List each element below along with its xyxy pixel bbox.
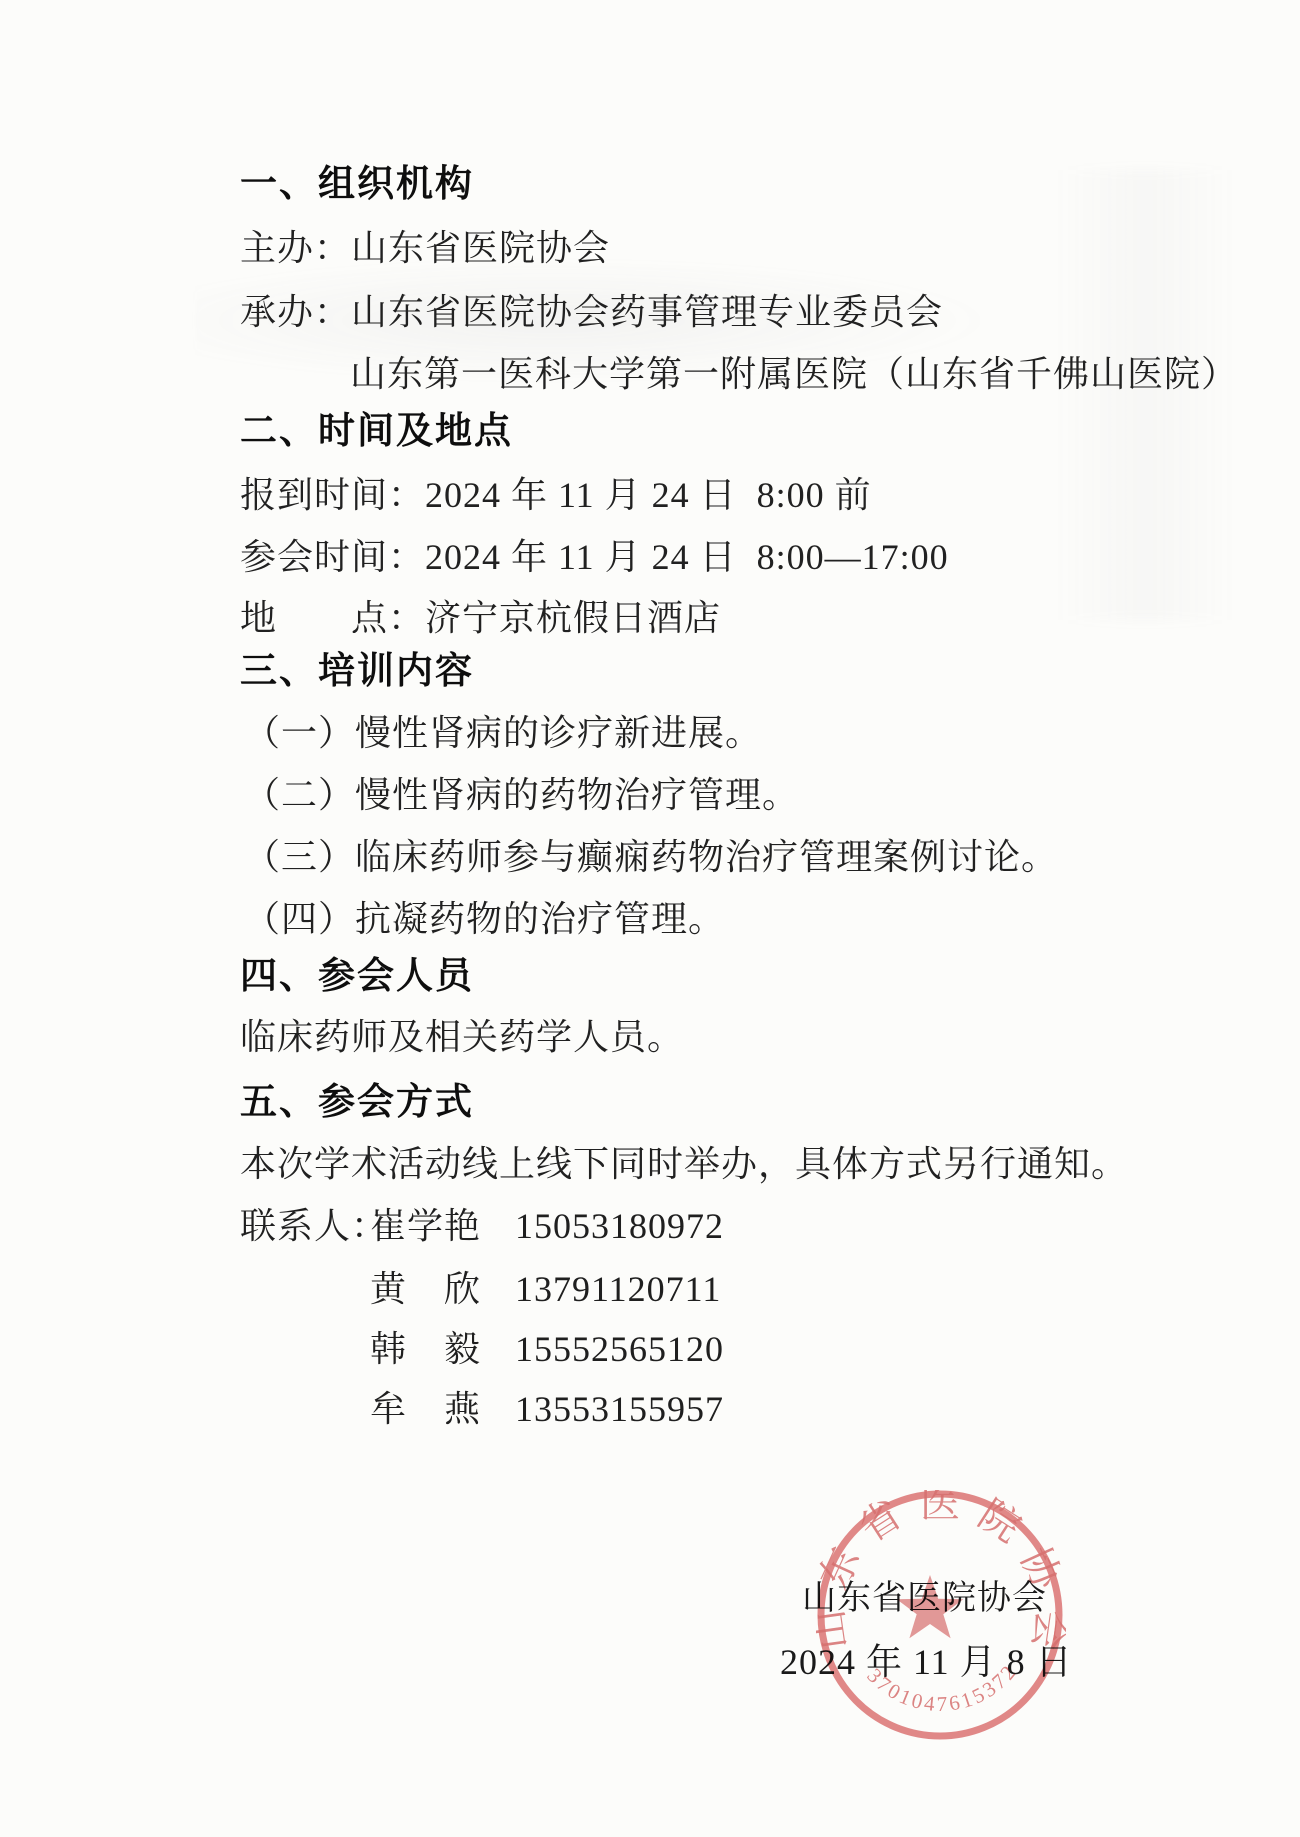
training-item-4: （四）抗凝药物的治疗管理。 xyxy=(244,897,725,941)
training-item-3: （三）临床药师参与癫痫药物治疗管理案例讨论。 xyxy=(244,835,1058,879)
contact-phone: 13791120711 xyxy=(515,1267,721,1311)
method-line: 本次学术活动线上线下同时举办，具体方式另行通知。 xyxy=(240,1142,1128,1186)
contact-name: 韩 毅 xyxy=(370,1327,481,1371)
contact-label: 联系人： xyxy=(240,1204,388,1248)
section2-heading: 二、时间及地点 xyxy=(240,410,513,452)
checkin-time-line: 报到时间：2024 年 11 月 24 日 8:00 前 xyxy=(240,473,872,517)
organizer-line: 承办：山东省医院协会药事管理专业委员会 xyxy=(240,290,943,334)
star-icon xyxy=(897,1575,964,1638)
contact-name: 黄 欣 xyxy=(370,1267,481,1311)
venue-line: 地 点：济宁京杭假日酒店 xyxy=(240,596,721,640)
section3-heading: 三、培训内容 xyxy=(240,650,474,692)
contact-phone: 13553155957 xyxy=(515,1387,724,1431)
meeting-time-line: 参会时间：2024 年 11 月 24 日 8:00—17:00 xyxy=(240,535,949,579)
attendees-line: 临床药师及相关药学人员。 xyxy=(240,1015,684,1059)
contact-name: 崔学艳 xyxy=(370,1204,481,1248)
contact-name: 牟 燕 xyxy=(370,1387,481,1431)
document-page: 一、组织机构 主办：山东省医院协会 承办：山东省医院协会药事管理专业委员会 山东… xyxy=(0,0,1300,1837)
seal-graphic: 山东省医院协会 3701047615372 xyxy=(816,1490,1066,1742)
contact-phone: 15552565120 xyxy=(515,1327,724,1371)
contact-phone: 15053180972 xyxy=(515,1204,724,1248)
training-item-2: （二）慢性肾病的药物治疗管理。 xyxy=(244,773,799,817)
training-item-1: （一）慢性肾病的诊疗新进展。 xyxy=(244,711,762,755)
section5-heading: 五、参会方式 xyxy=(240,1081,474,1123)
section4-heading: 四、参会人员 xyxy=(240,955,474,997)
section1-heading: 一、组织机构 xyxy=(240,163,474,205)
official-seal-stamp: 山东省医院协会 3701047615372 xyxy=(816,1490,1066,1742)
organizer-line-2: 山东第一医科大学第一附属医院（山东省千佛山医院） xyxy=(350,352,1238,396)
host-line: 主办：山东省医院协会 xyxy=(240,226,610,270)
seal-serial-number: 3701047615372 xyxy=(862,1659,1022,1717)
